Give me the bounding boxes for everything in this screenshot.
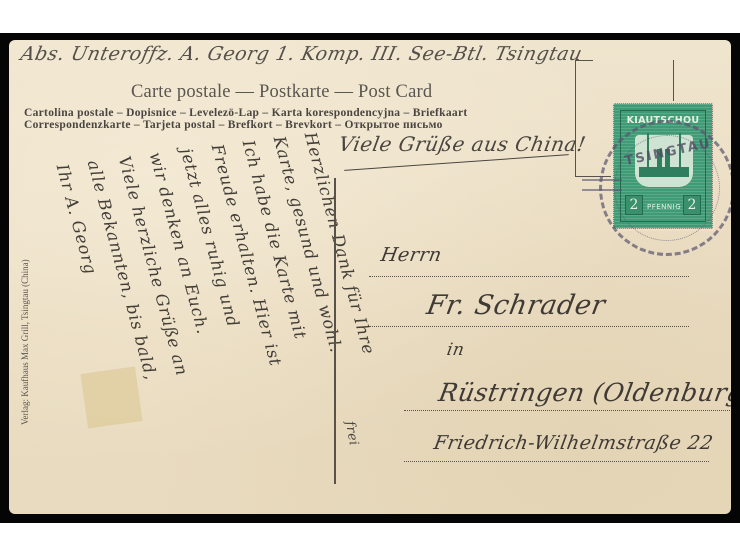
postmark-bars bbox=[582, 179, 622, 191]
stamp-box-line bbox=[673, 60, 674, 105]
address-street: Friedrich-Wilhelmstraße 22 bbox=[432, 432, 715, 454]
address-name: Fr. Schrader bbox=[424, 290, 607, 321]
address-salutation: Herrn bbox=[379, 244, 444, 266]
address-line bbox=[404, 410, 731, 411]
address-city: Rüstringen (Oldenburg) bbox=[436, 378, 731, 407]
sender-handwriting: Abs. Unteroffz. A. Georg 1. Komp. III. S… bbox=[19, 43, 585, 65]
greeting-underline bbox=[344, 154, 569, 171]
address-line bbox=[369, 326, 689, 327]
printed-title: Carte postale — Postkarte — Post Card bbox=[131, 82, 432, 103]
publisher-imprint: Verlag: Kaufhaus Max Grill, Tsingtau (Ch… bbox=[20, 245, 30, 425]
center-divider bbox=[334, 178, 336, 484]
printed-languages-line-1: Cartolina postale – Dopisnice – Levelezö… bbox=[24, 107, 467, 119]
address-preposition: in bbox=[445, 340, 466, 360]
address-line bbox=[404, 461, 709, 462]
address-line bbox=[369, 276, 689, 277]
postmark: TSINGTAU bbox=[599, 120, 731, 256]
greeting-note: Viele Grüße aus China! bbox=[337, 132, 588, 156]
stamp-box-line bbox=[575, 60, 593, 61]
stamp-box-line bbox=[575, 60, 576, 177]
message-area: Herzlichen Dank für IhreKarte, gesund un… bbox=[34, 130, 334, 510]
postcard: Abs. Unteroffz. A. Georg 1. Komp. III. S… bbox=[9, 40, 731, 514]
address-side-note: frei bbox=[342, 420, 361, 447]
